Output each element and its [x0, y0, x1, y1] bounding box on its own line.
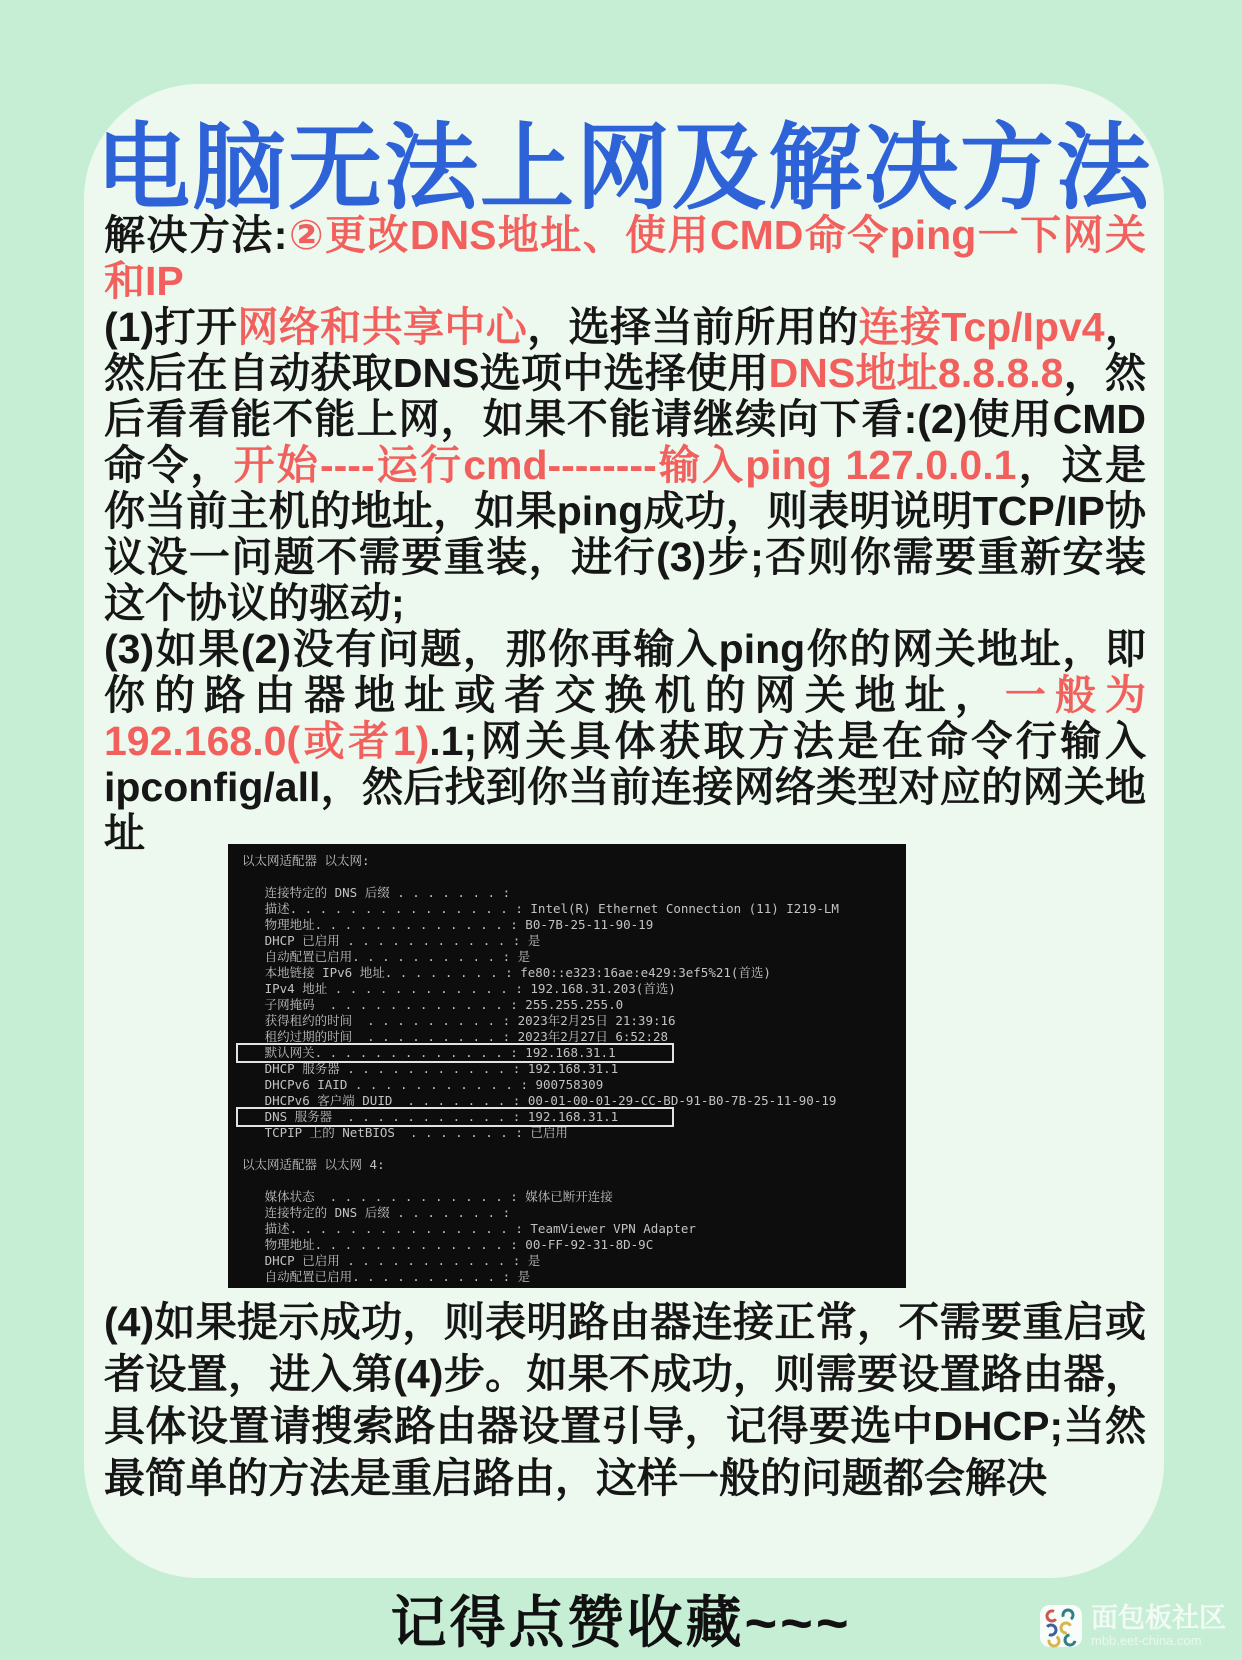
step-4: (4)如果提示成功，则表明路由器连接正常，不需要重启或者设置，进入第(4)步。如… [104, 1296, 1146, 1504]
terminal-line: DNS 服务器 . . . . . . . . . . . : 192.168.… [242, 1109, 900, 1125]
highlight-text: 开始----运行cmd--------输入ping 127.0.0.1 [234, 442, 1017, 488]
terminal-line: 获得租约的时间 . . . . . . . . . : 2023年2月25日 2… [242, 1013, 900, 1029]
terminal-line: 描述. . . . . . . . . . . . . . . : TeamVi… [242, 1221, 900, 1237]
watermark-site-name: 面包板社区 [1091, 1604, 1226, 1634]
terminal-line: 连接特定的 DNS 后缀 . . . . . . . : [242, 885, 900, 901]
highlight-text: 连接Tcp/Ipv4 [859, 304, 1105, 350]
terminal-line: 默认网关. . . . . . . . . . . . . : 192.168.… [242, 1045, 900, 1061]
terminal-line: 自动配置已启用. . . . . . . . . . : 是 [242, 949, 900, 965]
highlight-box: DNS 服务器 . . . . . . . . . . . : 192.168.… [236, 1107, 674, 1127]
terminal-line: 本地链接 IPv6 地址. . . . . . . . : fe80::e323… [242, 965, 900, 981]
page-title: 电脑无法上网及解决方法 [84, 92, 1164, 227]
terminal-line: 描述. . . . . . . . . . . . . . . : Intel(… [242, 901, 900, 917]
terminal-line: 媒体状态 . . . . . . . . . . . . : 媒体已断开连接 [242, 1189, 900, 1205]
terminal-line [242, 1173, 900, 1189]
terminal-line: DHCP 已启用 . . . . . . . . . . . : 是 [242, 933, 900, 949]
body-text: (4)如果提示成功，则表明路由器连接正常，不需要重启或者设置，进入第(4)步。如… [104, 1299, 1146, 1501]
body-text: (3)如果(2)没有问题，那你再输入ping你的网关地址，即你的路由器地址或者交… [104, 626, 1146, 718]
article-top: 解决方法:②更改DNS地址、使用CMD命令ping一下网关和IP(1)打开网络和… [104, 212, 1146, 856]
watermark: 面包板社区 mbb.eet-china.com [1039, 1604, 1226, 1648]
highlight-text: DNS地址8.8.8.8 [769, 350, 1064, 396]
body-text: ，选择当前所用的 [527, 304, 858, 350]
breadboard-logo-icon [1039, 1604, 1083, 1648]
article-bottom: (4)如果提示成功，则表明路由器连接正常，不需要重启或者设置，进入第(4)步。如… [104, 1296, 1146, 1504]
solution-intro: 解决方法:②更改DNS地址、使用CMD命令ping一下网关和IP [104, 212, 1146, 304]
highlight-text: 网络和共享中心 [237, 304, 527, 350]
terminal-line: DHCP 已启用 . . . . . . . . . . . : 是 [242, 1253, 900, 1269]
terminal-line: TCPIP 上的 NetBIOS . . . . . . . : 已启用 [242, 1125, 900, 1141]
terminal-line: 以太网适配器 以太网: [242, 853, 900, 869]
terminal-line [242, 1141, 900, 1157]
terminal-line: 物理地址. . . . . . . . . . . . . : 00-FF-92… [242, 1237, 900, 1253]
step-3: (3)如果(2)没有问题，那你再输入ping你的网关地址，即你的路由器地址或者交… [104, 626, 1146, 856]
watermark-text: 面包板社区 mbb.eet-china.com [1091, 1604, 1226, 1648]
terminal-line: 物理地址. . . . . . . . . . . . . : B0-7B-25… [242, 917, 900, 933]
content-panel: 电脑无法上网及解决方法 解决方法:②更改DNS地址、使用CMD命令ping一下网… [84, 84, 1164, 1578]
terminal-line: 自动配置已启用. . . . . . . . . . : 是 [242, 1269, 900, 1285]
watermark-site-url: mbb.eet-china.com [1091, 1634, 1226, 1648]
poster-background: { "poster": { "title": "电脑无法上网及解决方法", "f… [0, 0, 1242, 1660]
terminal-line: DHCP 服务器 . . . . . . . . . . . : 192.168… [242, 1061, 900, 1077]
terminal-line: DHCPv6 IAID . . . . . . . . . . . : 9007… [242, 1077, 900, 1093]
body-text: (1)打开 [104, 304, 237, 350]
step-1-2: (1)打开网络和共享中心，选择当前所用的连接Tcp/Ipv4，然后在自动获取DN… [104, 304, 1146, 626]
terminal-line: 连接特定的 DNS 后缀 . . . . . . . : [242, 1205, 900, 1221]
terminal-line: IPv4 地址 . . . . . . . . . . . . : 192.16… [242, 981, 900, 997]
highlight-box: 默认网关. . . . . . . . . . . . . : 192.168.… [236, 1043, 674, 1063]
cmd-ipconfig-screenshot: 以太网适配器 以太网: 连接特定的 DNS 后缀 . . . . . . . :… [228, 844, 906, 1288]
body-text: 解决方法: [104, 212, 287, 258]
terminal-line: 以太网适配器 以太网 4: [242, 1157, 900, 1173]
terminal-line [242, 869, 900, 885]
terminal-line: 子网掩码 . . . . . . . . . . . . : 255.255.2… [242, 997, 900, 1013]
